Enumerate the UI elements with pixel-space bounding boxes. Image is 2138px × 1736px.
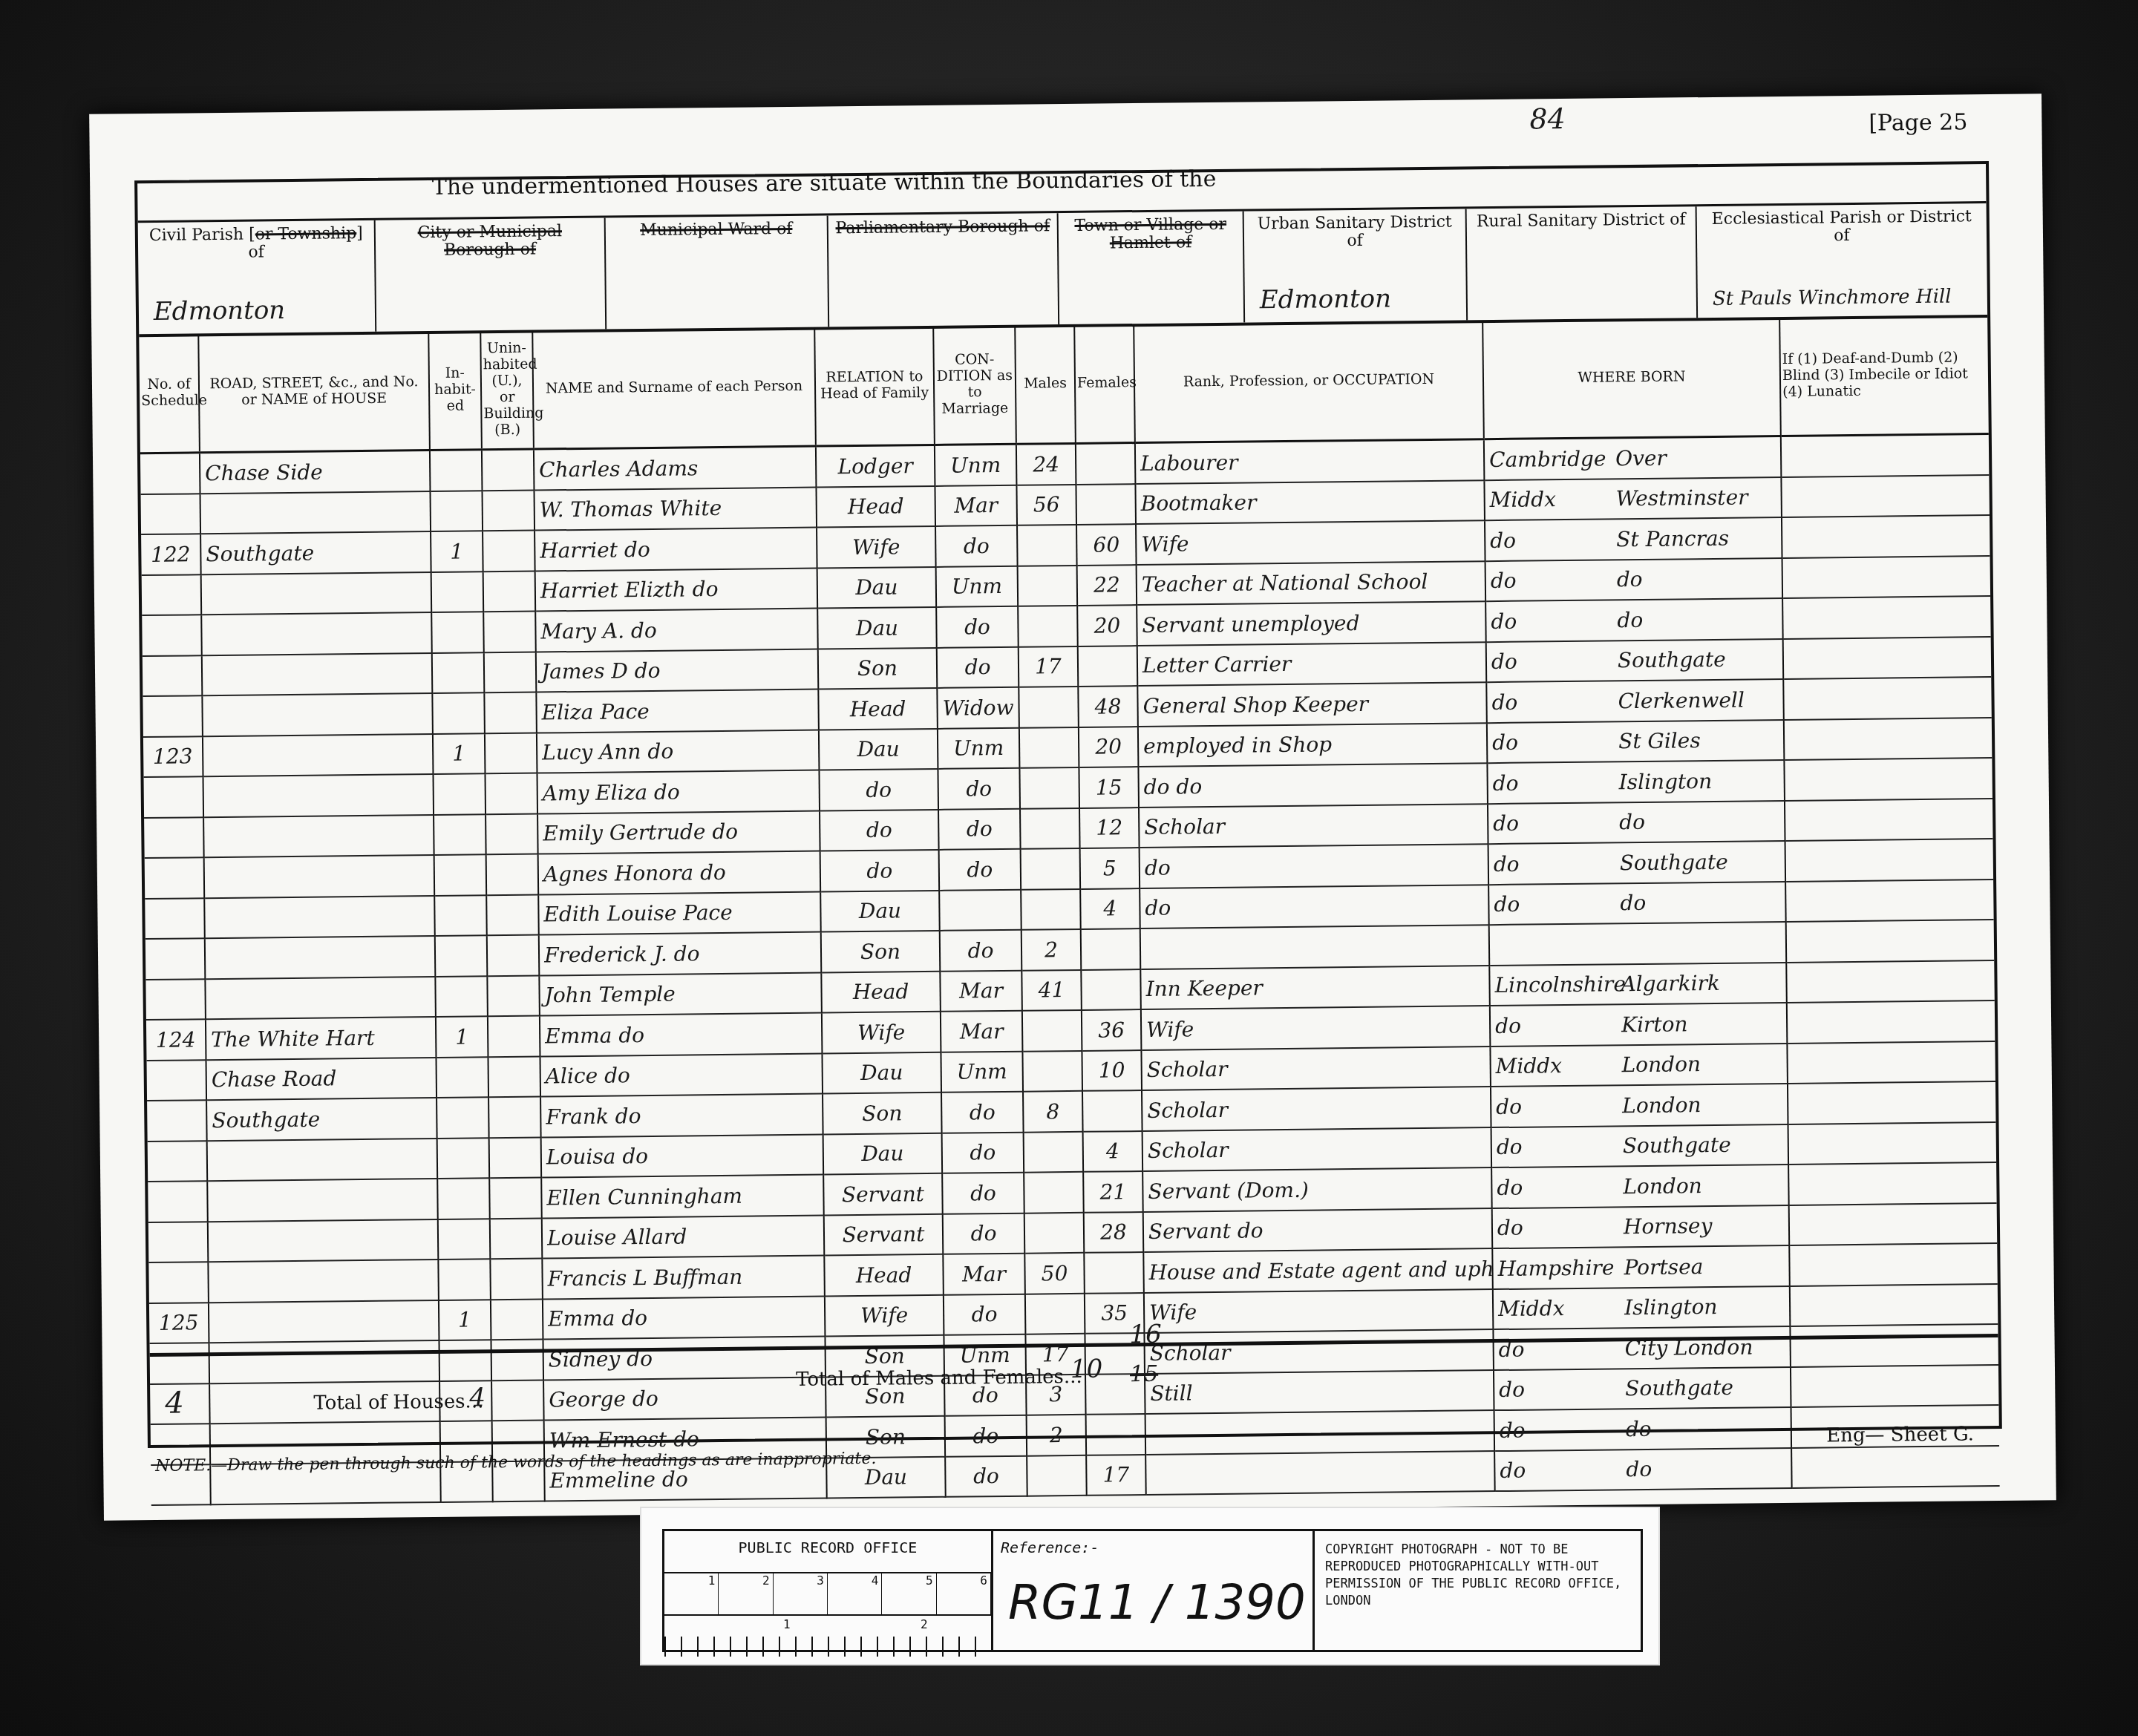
infirmity	[1785, 799, 1993, 841]
schedule-number	[142, 574, 202, 615]
schedule-number: 125	[149, 1303, 209, 1343]
where-born: dodo	[1488, 800, 1785, 844]
condition: do	[942, 1132, 1024, 1173]
uninhabited-mark	[489, 1137, 542, 1178]
where-born: doSt Giles	[1487, 719, 1785, 763]
born-county: do	[1495, 1012, 1621, 1038]
occupation: General Shop Keeper	[1137, 682, 1487, 726]
schedule-number	[147, 1060, 207, 1101]
district-town-village: Town or Village or Hamlet of	[1059, 212, 1246, 325]
occupation: do	[1140, 844, 1489, 888]
male-age	[1022, 1010, 1082, 1051]
person-name: Alice do	[540, 1053, 823, 1096]
female-age: 4	[1080, 888, 1140, 929]
road-name: The White Hart	[206, 1017, 437, 1060]
schedule-number	[145, 898, 205, 939]
relation: Lodger	[816, 445, 935, 487]
relation: Dau	[817, 607, 937, 649]
district-parliamentary-borough: Parliamentary Borough of	[828, 213, 1060, 327]
district-urban-sanitary: Urban Sanitary District of Edmonton	[1244, 209, 1468, 322]
female-age: 20	[1079, 727, 1139, 767]
infirmity	[1791, 1445, 2000, 1487]
copyright-notice: COPYRIGHT PHOTOGRAPH - NOT TO BE REPRODU…	[1315, 1531, 1641, 1650]
uninhabited-mark	[482, 449, 534, 491]
where-born: dodo	[1485, 598, 1783, 642]
inhabited-mark	[437, 1178, 490, 1219]
inhabited-mark	[434, 895, 487, 936]
infirmity	[1786, 960, 1995, 1003]
census-form: The undermentioned Houses are situate wi…	[134, 161, 2002, 1448]
person-name: Amy Eliza do	[537, 770, 820, 813]
born-county: Hampshire	[1497, 1255, 1624, 1281]
infirmity	[1782, 515, 1990, 557]
female-age	[1081, 969, 1141, 1010]
schedule-number	[142, 615, 202, 655]
uninhabited-mark	[486, 813, 538, 854]
occupation: do do	[1138, 763, 1488, 807]
inhabited-mark	[434, 814, 486, 855]
road-name	[203, 815, 434, 858]
male-age	[1018, 606, 1078, 646]
total-mf-label: Total of Males and Females...	[796, 1366, 1082, 1391]
col-road: ROAD, STREET, &c., and No. or NAME of HO…	[198, 332, 430, 453]
male-age	[1024, 1172, 1084, 1213]
born-county: do	[1497, 1174, 1623, 1200]
relation: Wife	[817, 526, 936, 568]
condition: do	[938, 768, 1020, 810]
female-age: 4	[1083, 1131, 1143, 1172]
male-age: 2	[1021, 929, 1082, 970]
reference-label: Reference:-	[993, 1531, 1312, 1564]
condition: Mar	[943, 1254, 1025, 1295]
female-age: 60	[1076, 524, 1137, 565]
female-age: 15	[1079, 767, 1139, 808]
schedule-number: 124	[146, 1019, 206, 1060]
born-county: Middx	[1490, 487, 1616, 513]
relation: Dau	[820, 890, 940, 931]
born-place: London	[1623, 1173, 1702, 1199]
born-county: do	[1491, 689, 1618, 715]
ruler-inch: 1 2	[664, 1616, 991, 1657]
person-name: Agnes Honora do	[538, 851, 821, 894]
condition: Unm	[935, 444, 1017, 485]
uninhabited-mark	[487, 975, 540, 1016]
occupation: Servant unemployed	[1137, 601, 1486, 645]
infirmity	[1782, 596, 1991, 638]
infirmity	[1787, 1000, 1995, 1043]
col-where-born: WHERE BORN	[1482, 318, 1781, 439]
condition: do	[935, 525, 1018, 567]
born-county: Lincolnshire	[1494, 972, 1621, 998]
condition: Widow	[937, 687, 1019, 729]
male-age	[1020, 808, 1080, 848]
col-schedule: No. of Schedule	[139, 334, 200, 453]
pro-ruler-block: PUBLIC RECORD OFFICE 1 2 3 4 5 6 1 2	[664, 1531, 993, 1650]
condition: do	[945, 1455, 1027, 1497]
male-age	[1017, 525, 1077, 566]
person-name: Eliza Pace	[536, 690, 819, 733]
infirmity	[1784, 758, 1992, 800]
born-county: do	[1497, 1134, 1623, 1160]
road-name	[207, 1138, 438, 1181]
total-females: 16	[1129, 1320, 1162, 1349]
schedule-number: 122	[141, 534, 201, 574]
road-name	[203, 734, 434, 777]
uninhabited-mark	[489, 1178, 542, 1219]
condition: do	[939, 849, 1021, 891]
male-age: 8	[1023, 1091, 1083, 1132]
born-county: do	[1493, 770, 1619, 796]
born-place: Southgate	[1618, 647, 1726, 673]
female-age	[1076, 443, 1136, 485]
district-ecclesiastical: Ecclesiastical Parish or District of St …	[1697, 203, 1988, 318]
person-name: Emily Gertrude do	[537, 810, 820, 854]
schedule-number	[147, 1100, 207, 1141]
road-name	[201, 612, 432, 655]
infirmity	[1784, 718, 1992, 760]
where-born: dodo	[1494, 1447, 1792, 1491]
occupation: Scholar	[1139, 804, 1488, 848]
uninhabited-mark	[483, 531, 535, 571]
female-age	[1076, 484, 1136, 525]
col-males: Males	[1015, 325, 1076, 444]
schedule-number	[146, 979, 206, 1020]
infirmity	[1783, 637, 1992, 679]
relation: Wife	[822, 1012, 941, 1053]
col-relation: RELATION to Head of Family	[814, 327, 935, 446]
born-place: Over	[1615, 445, 1667, 471]
person-name: Frank do	[540, 1094, 823, 1137]
occupation: Bootmaker	[1135, 480, 1485, 524]
total-females-struck: 15	[1130, 1361, 1159, 1387]
born-county: do	[1494, 851, 1620, 877]
road-name	[207, 1179, 438, 1222]
born-place: Clerkenwell	[1618, 687, 1745, 713]
uninhabited-mark	[488, 1016, 540, 1057]
relation: Head	[816, 485, 935, 527]
female-age: 5	[1080, 848, 1140, 888]
condition	[939, 889, 1021, 931]
where-born: doKirton	[1490, 1003, 1788, 1046]
female-age: 10	[1082, 1050, 1142, 1091]
schedule-number	[143, 655, 203, 696]
male-age	[1018, 565, 1078, 606]
born-place: do	[1620, 891, 1646, 915]
schedule-number	[144, 817, 204, 858]
where-born: MiddxIslington	[1493, 1285, 1791, 1329]
female-age: 22	[1077, 565, 1137, 606]
district-rural-sanitary: Rural Sanitary District of	[1467, 206, 1699, 320]
born-place: London	[1622, 1093, 1701, 1118]
condition: Mar	[935, 485, 1017, 526]
road-name	[204, 896, 435, 939]
uninhabited-mark	[488, 1056, 540, 1097]
male-age	[1027, 1455, 1087, 1496]
uninhabited-mark	[485, 773, 537, 814]
where-born: CambridgeOver	[1484, 436, 1782, 479]
census-table: No. of Schedule ROAD, STREET, &c., and N…	[139, 315, 1998, 1352]
where-born	[1489, 922, 1787, 966]
relation: Head	[821, 971, 941, 1012]
inhabited-mark	[434, 854, 487, 895]
inhabited-mark	[432, 652, 485, 693]
born-county: Middx	[1496, 1053, 1622, 1079]
male-age: 41	[1021, 969, 1082, 1010]
where-born: HampshirePortsea	[1492, 1245, 1790, 1289]
where-born: doSouthgate	[1486, 638, 1784, 682]
born-county: do	[1492, 730, 1618, 756]
relation: do	[820, 850, 940, 891]
occupation: Servant (Dom.)	[1142, 1167, 1492, 1211]
col-females: Females	[1074, 324, 1135, 443]
where-born: doClerkenwell	[1486, 679, 1784, 723]
female-age: 21	[1083, 1171, 1143, 1212]
uninhabited-mark	[482, 490, 534, 531]
infirmity	[1786, 920, 1995, 962]
person-name: Louisa do	[541, 1134, 824, 1177]
born-place: Portsea	[1624, 1254, 1703, 1280]
born-county: do	[1497, 1215, 1624, 1241]
page-label: [Page 25	[1869, 109, 1967, 136]
reference-value: RG11 / 1390	[1008, 1576, 1306, 1631]
person-name: W. Thomas White	[534, 487, 817, 530]
inhabited-mark	[430, 491, 483, 531]
occupation: employed in Shop	[1138, 723, 1488, 767]
archive-label: PUBLIC RECORD OFFICE 1 2 3 4 5 6 1 2 Ref…	[640, 1507, 1660, 1665]
where-born: MiddxLondon	[1490, 1043, 1788, 1087]
occupation: Teacher at National School	[1137, 561, 1486, 605]
inhabited-mark	[438, 1259, 491, 1300]
where-born: doSt Pancras	[1485, 517, 1782, 561]
occupation: Labourer	[1135, 439, 1485, 484]
infirmity	[1788, 1081, 1996, 1124]
where-born: MiddxWestminster	[1484, 476, 1782, 520]
born-place: Southgate	[1623, 1133, 1731, 1159]
district-header: Civil Parish [or Township] of Edmonton C…	[138, 201, 1988, 337]
district-municipal-ward: Municipal Ward of	[606, 215, 830, 329]
condition: do	[940, 930, 1022, 972]
form-title: The undermentioned Houses are situate wi…	[137, 163, 1511, 203]
condition: do	[938, 808, 1021, 850]
born-county: do	[1491, 568, 1617, 594]
inhabited-mark: 1	[436, 1016, 488, 1057]
condition: Unm	[941, 1051, 1023, 1093]
pro-office-title: PUBLIC RECORD OFFICE	[664, 1531, 991, 1573]
person-name: Francis L Buffman	[542, 1256, 825, 1299]
male-age	[1021, 848, 1081, 889]
condition: do	[942, 1173, 1024, 1214]
infirmity	[1782, 556, 1991, 598]
occupation: Wife	[1144, 1289, 1494, 1333]
born-place: St Giles	[1618, 728, 1701, 753]
road-name	[208, 1219, 439, 1262]
road-name	[200, 491, 431, 534]
occupation: Letter Carrier	[1137, 642, 1487, 686]
infirmity	[1781, 434, 1990, 477]
female-age: 36	[1082, 1009, 1142, 1050]
inhabited-mark	[435, 935, 488, 976]
born-place: London	[1622, 1052, 1701, 1077]
male-age: 50	[1024, 1253, 1085, 1294]
road-name	[205, 936, 436, 979]
road-name	[205, 977, 436, 1020]
female-age: 48	[1078, 686, 1138, 727]
born-place: Hornsey	[1624, 1213, 1713, 1239]
condition: Unm	[936, 566, 1019, 607]
uninhabited-mark	[483, 571, 536, 612]
male-age	[1019, 687, 1079, 727]
relation: Dau	[817, 566, 937, 608]
occupation: Scholar	[1142, 1127, 1492, 1171]
inhabited-mark	[431, 612, 484, 652]
female-age	[1082, 1090, 1142, 1131]
condition: Mar	[940, 970, 1022, 1012]
where-born: doSouthgate	[1488, 841, 1786, 885]
census-page: 84 [Page 25 The undermentioned Houses ar…	[89, 94, 2056, 1520]
relation: Servant	[824, 1213, 944, 1255]
male-age: 17	[1019, 646, 1079, 687]
inhabited-mark: 1	[439, 1300, 491, 1340]
relation: Dau	[819, 728, 938, 770]
condition: Mar	[941, 1011, 1023, 1052]
road-name	[208, 1260, 439, 1303]
infirmity	[1790, 1283, 1998, 1326]
infirmity	[1789, 1243, 1998, 1285]
civil-parish-value: Edmonton	[154, 295, 286, 327]
occupation: Servant do	[1143, 1208, 1493, 1252]
schedule-count: 4	[165, 1386, 184, 1421]
born-place: do	[1617, 608, 1643, 632]
occupation: do	[1140, 885, 1489, 928]
infirmity	[1789, 1202, 1998, 1245]
inhabited-mark	[430, 450, 483, 491]
person-name: James D do	[536, 649, 819, 692]
col-occupation: Rank, Profession, or OCCUPATION	[1134, 321, 1484, 442]
uninhabited-mark	[486, 854, 539, 895]
female-age: 17	[1086, 1455, 1146, 1496]
road-name: Southgate	[200, 531, 431, 574]
female-age: 28	[1084, 1212, 1144, 1253]
where-born: doSouthgate	[1491, 1124, 1789, 1167]
road-name: Chase Side	[200, 451, 431, 494]
female-age	[1084, 1252, 1144, 1293]
uninhabited-mark	[484, 692, 537, 733]
female-age	[1081, 928, 1141, 969]
totals-row: 4 Total of Houses... 4 Total of Males an…	[150, 1334, 1999, 1449]
relation: Dau	[822, 1052, 941, 1093]
male-age	[1025, 1293, 1085, 1334]
born-place: do	[1626, 1457, 1652, 1481]
where-born: dodo	[1488, 881, 1786, 925]
born-place: Algarkirk	[1621, 971, 1720, 996]
male-age: 24	[1016, 443, 1076, 485]
born-place: Westminster	[1616, 485, 1748, 511]
road-name	[203, 774, 434, 817]
col-uninhabited: Unin-habited (U.), or Building (B.)	[480, 331, 534, 450]
condition: do	[936, 606, 1019, 648]
road-name	[209, 1300, 439, 1343]
male-age	[1019, 727, 1079, 767]
inhabited-mark	[438, 1219, 491, 1260]
inhabited-mark: 1	[431, 531, 483, 571]
pro-reference-block: Reference:- RG11 / 1390	[993, 1531, 1315, 1650]
schedule-number	[148, 1141, 208, 1182]
born-county: do	[1491, 649, 1618, 675]
relation: Son	[821, 931, 941, 972]
ecclesiastical-value: St Pauls Winchmore Hill	[1713, 286, 1952, 310]
occupation: Wife	[1141, 1006, 1491, 1049]
infirmity	[1785, 839, 1994, 881]
where-born: doLondon	[1491, 1165, 1789, 1208]
born-place: Southgate	[1620, 850, 1728, 876]
female-age	[1078, 646, 1138, 687]
relation: Wife	[825, 1294, 944, 1336]
inhabited-mark	[437, 1138, 490, 1179]
road-name: Southgate	[206, 1098, 437, 1141]
person-name: Mary A. do	[535, 609, 818, 652]
infirmity	[1785, 880, 1994, 922]
infirmity	[1788, 1162, 1997, 1205]
col-inhabited: In-habit-ed	[428, 331, 482, 450]
born-place: do	[1617, 567, 1643, 592]
district-municipal-borough: City or Municipal Borough of	[376, 218, 607, 332]
uninhabited-mark	[490, 1218, 543, 1259]
born-county	[1494, 951, 1621, 952]
uninhabited-mark	[485, 733, 537, 773]
col-name: NAME and Surname of each Person	[532, 328, 816, 449]
road-name	[202, 653, 433, 696]
infirmity	[1781, 475, 1990, 517]
sheet-label: Eng— Sheet G.	[1826, 1423, 1974, 1447]
uninhabited-mark	[491, 1299, 543, 1340]
relation: do	[819, 769, 938, 810]
schedule-number	[145, 857, 205, 898]
relation: Son	[823, 1093, 942, 1134]
born-place: Islington	[1619, 769, 1713, 794]
born-county: do	[1496, 1093, 1622, 1119]
person-name: Charles Adams	[534, 446, 817, 490]
born-place: do	[1619, 810, 1645, 834]
inhabited-mark	[435, 976, 488, 1017]
occupation: Scholar	[1141, 1046, 1491, 1090]
born-place: Kirton	[1621, 1012, 1688, 1037]
road-name	[202, 693, 433, 736]
uninhabited-mark	[487, 935, 540, 976]
where-born: dodo	[1485, 557, 1783, 601]
col-condition: CON-DITION as to Marriage	[933, 326, 1016, 445]
person-name: Louise Allard	[542, 1215, 825, 1258]
person-name: Ellen Cunningham	[541, 1175, 824, 1218]
condition: Unm	[938, 727, 1020, 769]
condition: do	[941, 1092, 1024, 1133]
occupation: Inn Keeper	[1140, 966, 1490, 1009]
road-name: Chase Road	[206, 1057, 437, 1100]
inhabited-mark	[432, 692, 485, 733]
infirmity	[1783, 677, 1992, 719]
inhabited-mark	[436, 1057, 488, 1098]
inhabited-mark: 1	[433, 733, 486, 774]
occupation: Wife	[1136, 520, 1485, 564]
infirmity	[1787, 1041, 1995, 1084]
schedule-number	[148, 1222, 209, 1262]
total-houses-value: 4	[469, 1383, 486, 1412]
occupation: Scholar	[1142, 1087, 1491, 1130]
ruler-cm: 1 2 3 4 5 6	[664, 1573, 991, 1616]
male-age	[1024, 1212, 1085, 1253]
occupation	[1140, 925, 1490, 969]
schedule-number	[140, 453, 200, 494]
uninhabited-mark	[488, 1097, 541, 1138]
